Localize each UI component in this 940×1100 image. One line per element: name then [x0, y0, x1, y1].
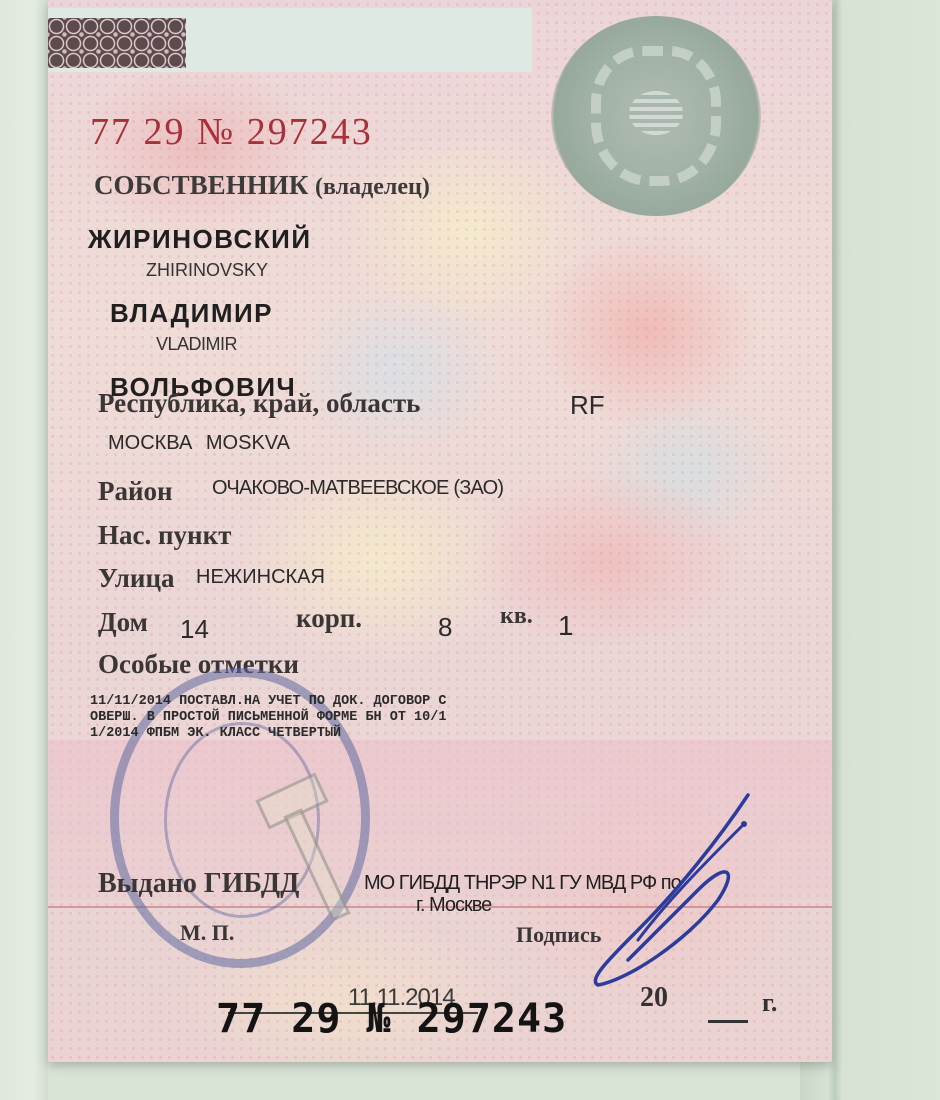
- owner-surname-latin: ZHIRINOVSKY: [146, 260, 268, 281]
- building-label: корп.: [296, 603, 362, 634]
- owner-heading-sub: (владелец): [315, 174, 430, 200]
- owner-first-name: ВЛАДИМИР: [110, 298, 273, 329]
- guilloche-pattern-icon: [48, 18, 186, 68]
- special-notes-text: 11/11/2014 ПОСТАВЛ.НА УЧЕТ ПО ДОК. ДОГОВ…: [90, 694, 610, 742]
- serial-number-bottom: 77 29 № 297243: [216, 996, 567, 1042]
- region-label: Республика, край, область: [98, 388, 420, 419]
- street-label: Улица: [98, 563, 175, 594]
- seal-label: М. П.: [180, 920, 234, 946]
- district-value: ОЧАКОВО-МАТВЕЕВСКОЕ (ЗАО): [212, 477, 503, 500]
- issued-by-label: Выдано ГИБДД: [98, 868, 299, 900]
- registration-certificate: 77 29 № 297243 СОБСТВЕННИК (владелец) ЖИ…: [48, 0, 832, 1062]
- city-value: МОСКВА MOSKVA: [108, 432, 290, 455]
- apartment-value: 1: [558, 610, 574, 642]
- owner-surname: ЖИРИНОВСКИЙ: [88, 224, 312, 255]
- owner-first-name-latin: VLADIMIR: [156, 334, 237, 355]
- region-value: RF: [570, 390, 605, 421]
- house-label: Дом: [98, 607, 148, 638]
- locality-label: Нас. пункт: [98, 520, 231, 551]
- street-value: НЕЖИНСКАЯ: [196, 566, 325, 589]
- signature-icon: [568, 780, 798, 1000]
- year-prefix: 20: [640, 982, 668, 1014]
- year-blank-line: [708, 1020, 748, 1023]
- building-value: 8: [438, 612, 452, 643]
- apartment-label: кв.: [500, 603, 533, 630]
- serial-number-top: 77 29 № 297243: [90, 110, 373, 154]
- year-suffix: г.: [762, 988, 777, 1018]
- emblem-globe-icon: [629, 91, 683, 135]
- owner-heading: СОБСТВЕННИК (владелец): [94, 170, 430, 201]
- owner-heading-label: СОБСТВЕННИК: [94, 170, 308, 200]
- district-label: Район: [98, 476, 173, 507]
- state-emblem-icon: [551, 16, 761, 216]
- background-surface-left: [0, 0, 48, 1100]
- house-value: 14: [180, 614, 209, 645]
